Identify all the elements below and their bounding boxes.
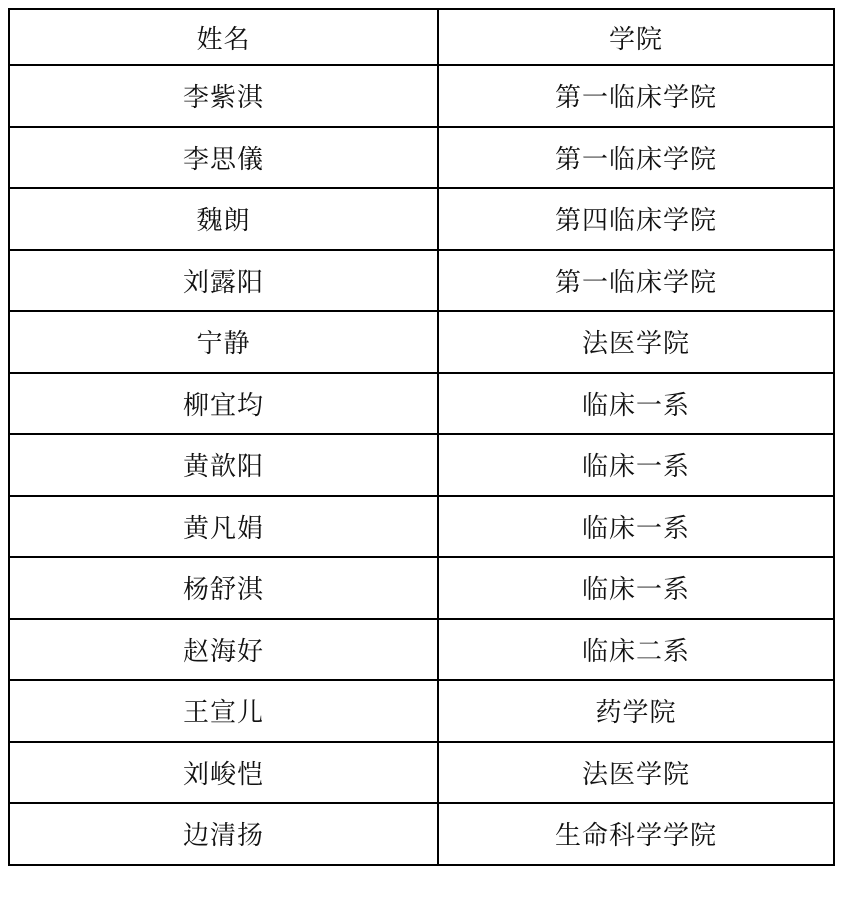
column-header-name: 姓名: [9, 9, 438, 65]
name-cell: 柳宜均: [9, 373, 438, 435]
college-cell: 生命科学学院: [438, 803, 834, 865]
table-row: 魏朗第四临床学院: [9, 188, 834, 250]
roster-table: 姓名 学院 李紫淇第一临床学院李思儀第一临床学院魏朗第四临床学院刘露阳第一临床学…: [8, 8, 835, 866]
name-cell: 黄歆阳: [9, 434, 438, 496]
name-cell: 赵海好: [9, 619, 438, 681]
name-cell: 宁静: [9, 311, 438, 373]
college-cell: 法医学院: [438, 311, 834, 373]
table-row: 宁静法医学院: [9, 311, 834, 373]
college-cell: 第一临床学院: [438, 65, 834, 127]
document-page: 姓名 学院 李紫淇第一临床学院李思儀第一临床学院魏朗第四临床学院刘露阳第一临床学…: [0, 0, 841, 901]
college-cell: 临床一系: [438, 434, 834, 496]
college-cell: 药学院: [438, 680, 834, 742]
college-cell: 临床一系: [438, 496, 834, 558]
table-row: 边清扬生命科学学院: [9, 803, 834, 865]
table-row: 黄歆阳临床一系: [9, 434, 834, 496]
college-cell: 临床一系: [438, 373, 834, 435]
college-cell: 法医学院: [438, 742, 834, 804]
name-cell: 边清扬: [9, 803, 438, 865]
table-header-row: 姓名 学院: [9, 9, 834, 65]
name-cell: 李紫淇: [9, 65, 438, 127]
name-cell: 刘露阳: [9, 250, 438, 312]
table-row: 刘露阳第一临床学院: [9, 250, 834, 312]
table-row: 杨舒淇临床一系: [9, 557, 834, 619]
name-cell: 杨舒淇: [9, 557, 438, 619]
college-cell: 临床一系: [438, 557, 834, 619]
table-row: 李思儀第一临床学院: [9, 127, 834, 189]
college-cell: 第一临床学院: [438, 250, 834, 312]
table-row: 赵海好临床二系: [9, 619, 834, 681]
table-row: 刘峻恺法医学院: [9, 742, 834, 804]
college-cell: 第四临床学院: [438, 188, 834, 250]
table-body: 李紫淇第一临床学院李思儀第一临床学院魏朗第四临床学院刘露阳第一临床学院宁静法医学…: [9, 65, 834, 865]
column-header-college: 学院: [438, 9, 834, 65]
table-row: 王宣儿药学院: [9, 680, 834, 742]
name-cell: 魏朗: [9, 188, 438, 250]
college-cell: 临床二系: [438, 619, 834, 681]
table-row: 黄凡娟临床一系: [9, 496, 834, 558]
table-row: 柳宜均临床一系: [9, 373, 834, 435]
name-cell: 王宣儿: [9, 680, 438, 742]
name-cell: 刘峻恺: [9, 742, 438, 804]
name-cell: 李思儀: [9, 127, 438, 189]
table-row: 李紫淇第一临床学院: [9, 65, 834, 127]
college-cell: 第一临床学院: [438, 127, 834, 189]
name-cell: 黄凡娟: [9, 496, 438, 558]
